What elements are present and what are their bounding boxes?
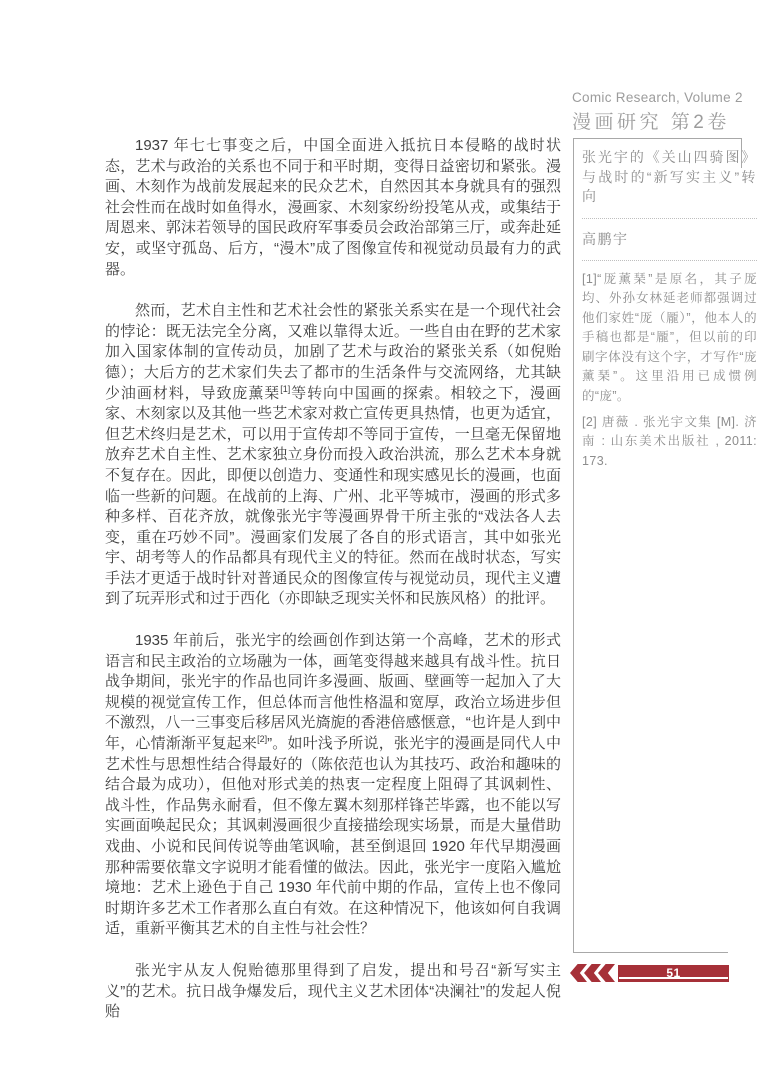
journal-title-en: Comic Research, Volume 2 bbox=[572, 90, 743, 105]
page-number-bar: 51 bbox=[618, 965, 729, 982]
article-author: 高鹏宇 bbox=[582, 229, 757, 249]
paragraph-3: 1935 年前后，张光宇的绘画创作到达第一个高峰，艺术的形式语言和民主政治的立场… bbox=[105, 631, 561, 940]
journal-title-zh: 漫画研究 第2卷 bbox=[572, 107, 743, 134]
paragraph-4: 张光宇从友人倪贻德那里得到了启发，提出和号召“新写实主义”的艺术。抗日战争爆发后… bbox=[105, 961, 561, 1023]
footnote-1: [1]“厐薰琹”是原名，其子厐均、外孙女林延老师都强调过他们家姓“厐（龎）”，他… bbox=[582, 270, 757, 407]
journal-header: Comic Research, Volume 2 漫画研究 第2卷 bbox=[572, 90, 743, 134]
paragraph-1: 1937 年七七事变之后，中国全面进入抵抗日本侵略的战时状态，艺术与政治的关系也… bbox=[105, 136, 561, 280]
paragraph-text: ”。如叶浅予所说，张光宇的漫画是同代人中艺术性与思想性结合得最好的（陈依范也认为… bbox=[105, 735, 561, 937]
paragraph-2: 然而，艺术自主性和艺术社会性的紧张关系实在是一个现代社会的悖论：既无法完全分离，… bbox=[105, 301, 561, 610]
footnote-ref-2: [2] bbox=[257, 734, 267, 744]
sidebar-content: 张光宇的《关山四骑图》与战时的“新写实主义”转向 高鹏宇 [1]“厐薰琹”是原名… bbox=[573, 138, 757, 471]
page-number-banner: 51 bbox=[570, 964, 730, 982]
dotted-separator bbox=[582, 260, 757, 261]
dotted-separator bbox=[582, 218, 757, 219]
sidebar-rule-bottom bbox=[573, 952, 728, 953]
paragraph-text: 等转向中国画的探索。相较之下，漫画家、木刻家以及其他一些艺术家对救亡宣传更具热情… bbox=[105, 385, 561, 608]
paragraph-text: 1937 年七七事变之后，中国全面进入抵抗日本侵略的战时状态，艺术与政治的关系也… bbox=[105, 137, 561, 278]
page-number: 51 bbox=[618, 966, 729, 980]
article-body: 1937 年七七事变之后，中国全面进入抵抗日本侵略的战时状态，艺术与政治的关系也… bbox=[105, 136, 561, 1044]
sidebar: 张光宇的《关山四骑图》与战时的“新写实主义”转向 高鹏宇 [1]“厐薰琹”是原名… bbox=[573, 138, 757, 471]
footnote-2: [2] 唐薇 . 张光宇文集 [M]. 济南 : 山东美术出版社 , 2011:… bbox=[582, 413, 757, 472]
document-page: Comic Research, Volume 2 漫画研究 第2卷 1937 年… bbox=[0, 0, 776, 1080]
article-title: 张光宇的《关山四骑图》与战时的“新写实主义”转向 bbox=[582, 148, 757, 207]
paragraph-text: 张光宇从友人倪贻德那里得到了启发，提出和号召“新写实主义”的艺术。抗日战争爆发后… bbox=[105, 962, 561, 1020]
chevron-left-icon bbox=[598, 964, 615, 982]
footnote-ref-1: [1] bbox=[280, 384, 290, 394]
